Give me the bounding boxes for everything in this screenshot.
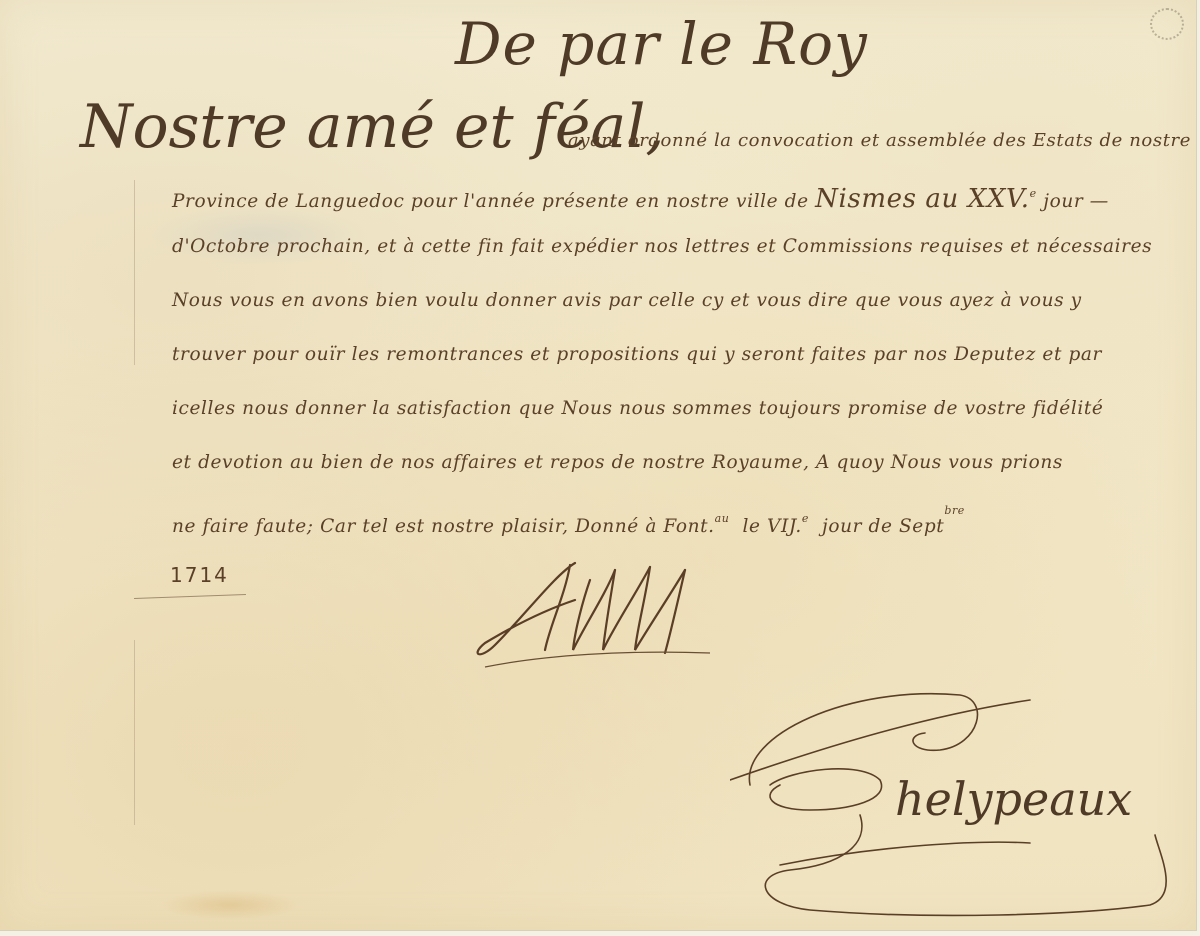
- ink-blot: [1150, 8, 1184, 40]
- body-line-7: et devotion au bien de nos affaires et r…: [172, 452, 1063, 473]
- body-line-2: Province de Languedoc pour l'année prése…: [172, 184, 1109, 214]
- signature-phelypeaux: helypeaux: [730, 675, 1190, 920]
- year-underline: [134, 594, 246, 599]
- salutation: Nostre amé et féal,: [80, 92, 664, 162]
- body-line-4: Nous vous en avons bien voulu donner avi…: [172, 290, 1082, 311]
- year: 1714: [170, 563, 229, 587]
- margin-rule-lower: [134, 640, 135, 825]
- city-name: Nismes au XXV.: [815, 184, 1029, 214]
- body-line-6: icelles nous donner la satisfaction que …: [172, 398, 1103, 419]
- body-line-1: ayant ordonné la convocation et assemblé…: [568, 130, 1191, 151]
- letter-heading: De par le Roy: [455, 10, 868, 78]
- manuscript-page: De par le Roy Nostre amé et féal, ayant …: [0, 0, 1197, 931]
- water-stain: [160, 890, 300, 920]
- body-line-3: d'Octobre prochain, et à cette fin fait …: [172, 236, 1152, 257]
- body-line-8: ne faire faute; Car tel est nostre plais…: [172, 504, 965, 537]
- body-line-5: trouver pour ouïr les remontrances et pr…: [172, 344, 1102, 365]
- signature-louis: [465, 555, 725, 675]
- margin-rule-upper: [134, 180, 135, 365]
- signature-text: helypeaux: [895, 772, 1132, 826]
